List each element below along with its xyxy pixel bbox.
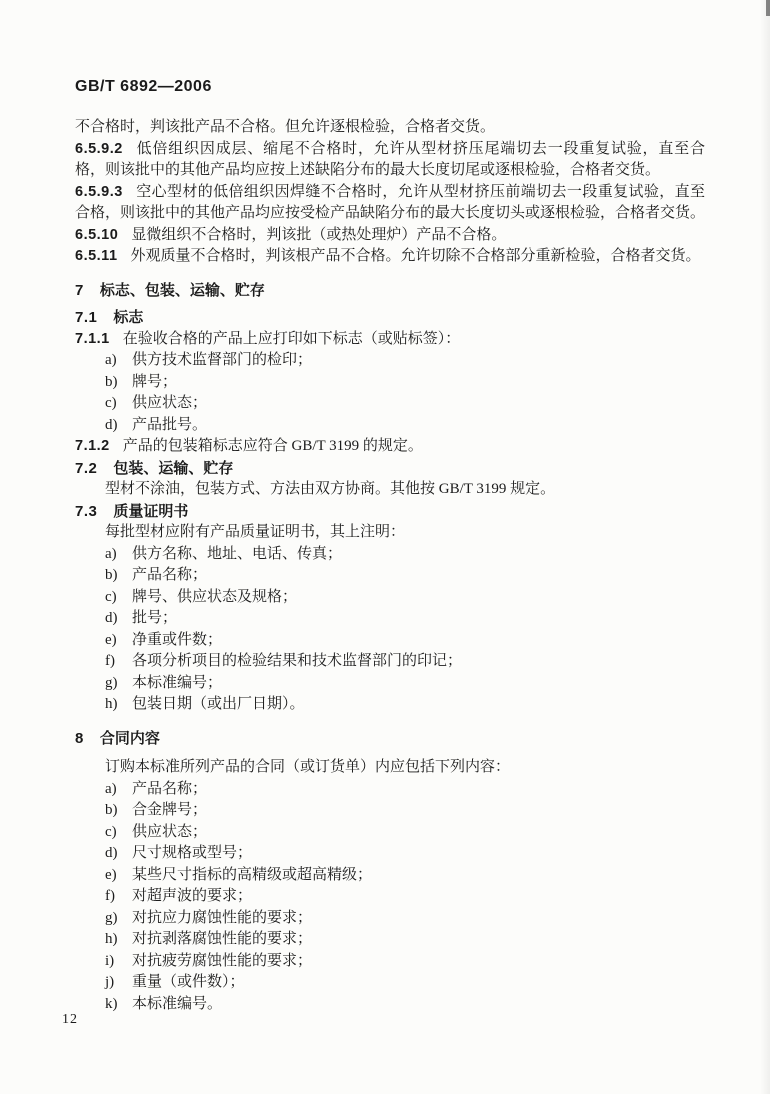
list-item: f)各项分析项目的检验结果和技术监督部门的印记；: [75, 651, 705, 673]
scanned-document-page: GB/T 6892—2006 不合格时，判该批产品不合格。但允许逐根检验，合格者…: [0, 0, 770, 1094]
section-7-3-heading: 7.3质量证明书: [75, 501, 705, 523]
list-item: j)重量（或件数）；: [75, 972, 705, 994]
list-item: c)牌号、供应状态及规格；: [75, 587, 705, 609]
list-item-text: 供应状态；: [132, 822, 207, 844]
list-item: i)对抗疲劳腐蚀性能的要求；: [75, 951, 705, 973]
list-marker: f): [105, 651, 132, 673]
clause-7-1-2: 7.1.2产品的包装箱标志应符合 GB/T 3199 的规定。: [75, 436, 705, 458]
clause-number: 6.5.9.2: [75, 141, 123, 157]
list-marker: d): [105, 843, 132, 865]
list-item-text: 牌号、供应状态及规格；: [132, 587, 297, 609]
list-marker: g): [105, 908, 132, 930]
paragraph-8: 订购本标准所列产品的合同（或订货单）内应包括下列内容：: [75, 757, 705, 779]
section-number: 8: [75, 730, 84, 747]
section-number: 7.1: [75, 309, 97, 326]
list-marker: a): [105, 350, 132, 372]
list-item-text: 某些尺寸指标的高精级或超高精级；: [132, 865, 372, 887]
list-item: c)供应状态；: [75, 822, 705, 844]
list-marker: g): [105, 673, 132, 695]
clause-7-1-1: 7.1.1在验收合格的产品上应打印如下标志（或贴标签）：: [75, 329, 705, 351]
list-item-text: 各项分析项目的检验结果和技术监督部门的印记；: [132, 651, 462, 673]
list-item-text: 产品名称；: [132, 565, 207, 587]
list-item: e)净重或件数；: [75, 630, 705, 652]
list-item: f)对超声波的要求；: [75, 886, 705, 908]
section-7-heading: 7标志、包装、运输、贮存: [75, 280, 705, 302]
clause-6-5-9-2: 6.5.9.2低倍组织因成层、缩尾不合格时，允许从型材挤压尾端切去一段重复试验，…: [75, 139, 705, 182]
list-item: b)合金牌号；: [75, 800, 705, 822]
list-marker: a): [105, 779, 132, 801]
section-number: 7: [75, 282, 84, 299]
clause-6-5-11: 6.5.11外观质量不合格时，判该根产品不合格。允许切除不合格部分重新检验，合格…: [75, 246, 705, 268]
clause-text: 显微组织不合格时，判该批（或热处理炉）产品不合格。: [131, 227, 506, 243]
list-item-text: 供应状态；: [132, 393, 207, 415]
page-number: 12: [62, 1012, 78, 1028]
list-marker: d): [105, 415, 132, 437]
list-item-text: 重量（或件数）；: [132, 972, 245, 994]
list-marker: a): [105, 544, 132, 566]
clause-6-5-10: 6.5.10显微组织不合格时，判该批（或热处理炉）产品不合格。: [75, 225, 705, 247]
list-item: k)本标准编号。: [75, 994, 705, 1016]
list-item: a)供方技术监督部门的检印；: [75, 350, 705, 372]
list-item: h)对抗剥落腐蚀性能的要求；: [75, 929, 705, 951]
clause-number: 7.1.2: [75, 438, 110, 454]
list-marker: f): [105, 886, 132, 908]
list-item-text: 对超声波的要求；: [132, 886, 252, 908]
list-marker: e): [105, 630, 132, 652]
list-item-text: 产品批号。: [132, 415, 207, 437]
list-item: a)供方名称、地址、电话、传真；: [75, 544, 705, 566]
clause-text: 外观质量不合格时，判该根产品不合格。允许切除不合格部分重新检验，合格者交货。: [131, 248, 701, 264]
section-title: 质量证明书: [113, 503, 188, 520]
list-item: g)对抗应力腐蚀性能的要求；: [75, 908, 705, 930]
clause-number: 6.5.9.3: [75, 184, 123, 200]
list-item-text: 本标准编号；: [132, 673, 222, 695]
section-title: 包装、运输、贮存: [113, 460, 233, 477]
section-title: 标志: [113, 309, 143, 326]
clause-text: 在验收合格的产品上应打印如下标志（或贴标签）：: [123, 331, 461, 347]
clause-number: 7.1.1: [75, 331, 110, 347]
clause-6-5-9-3: 6.5.9.3空心型材的低倍组织因焊缝不合格时，允许从型材挤压前端切去一段重复试…: [75, 182, 705, 225]
list-marker: c): [105, 393, 132, 415]
list-item: d)批号；: [75, 608, 705, 630]
list-marker: j): [105, 972, 132, 994]
section-8-heading: 8合同内容: [75, 728, 705, 750]
section-7-2-heading: 7.2包装、运输、贮存: [75, 458, 705, 480]
clause-number: 6.5.10: [75, 227, 118, 243]
list-marker: b): [105, 800, 132, 822]
section-title: 标志、包装、运输、贮存: [100, 282, 265, 299]
list-item: d)尺寸规格或型号；: [75, 843, 705, 865]
list-marker: k): [105, 994, 132, 1016]
list-item: b)牌号；: [75, 372, 705, 394]
list-item-text: 对抗剥落腐蚀性能的要求；: [132, 929, 312, 951]
list-marker: d): [105, 608, 132, 630]
list-item-text: 批号；: [132, 608, 177, 630]
lead-paragraph: 不合格时，判该批产品不合格。但允许逐根检验，合格者交货。: [75, 117, 705, 139]
section-title: 合同内容: [100, 730, 160, 747]
list-item-text: 本标准编号。: [132, 994, 222, 1016]
list-marker: h): [105, 929, 132, 951]
list-item: b)产品名称；: [75, 565, 705, 587]
list-item: d)产品批号。: [75, 415, 705, 437]
clause-text: 低倍组织因成层、缩尾不合格时，允许从型材挤压尾端切去一段重复试验，直至合格，则该…: [75, 141, 705, 179]
list-item-text: 对抗疲劳腐蚀性能的要求；: [132, 951, 312, 973]
list-marker: i): [105, 951, 132, 973]
section-number: 7.2: [75, 460, 97, 477]
clause-text: 空心型材的低倍组织因焊缝不合格时，允许从型材挤压前端切去一段重复试验，直至合格，…: [75, 184, 705, 222]
list-item-text: 牌号；: [132, 372, 177, 394]
list-item: g)本标准编号；: [75, 673, 705, 695]
list-item-text: 对抗应力腐蚀性能的要求；: [132, 908, 312, 930]
list-item-text: 合金牌号；: [132, 800, 207, 822]
doc-code-header: GB/T 6892—2006: [75, 78, 705, 96]
list-item-text: 净重或件数；: [132, 630, 222, 652]
page-content: GB/T 6892—2006 不合格时，判该批产品不合格。但允许逐根检验，合格者…: [75, 78, 705, 1015]
list-item: e)某些尺寸指标的高精级或超高精级；: [75, 865, 705, 887]
list-item: a)产品名称；: [75, 779, 705, 801]
list-item-text: 供方名称、地址、电话、传真；: [132, 544, 342, 566]
list-marker: e): [105, 865, 132, 887]
list-marker: h): [105, 694, 132, 716]
list-item-text: 尺寸规格或型号；: [132, 843, 252, 865]
list-marker: b): [105, 565, 132, 587]
list-marker: c): [105, 822, 132, 844]
list-item-text: 供方技术监督部门的检印；: [132, 350, 312, 372]
clause-text: 产品的包装箱标志应符合 GB/T 3199 的规定。: [123, 438, 423, 454]
paragraph-7-2: 型材不涂油，包装方式、方法由双方协商。其他按 GB/T 3199 规定。: [75, 479, 705, 501]
section-number: 7.3: [75, 503, 97, 520]
list-item: h)包装日期（或出厂日期）。: [75, 694, 705, 716]
scan-artifact: [766, 0, 770, 16]
list-item-text: 产品名称；: [132, 779, 207, 801]
list-item: c)供应状态；: [75, 393, 705, 415]
list-marker: c): [105, 587, 132, 609]
list-marker: b): [105, 372, 132, 394]
paragraph-7-3: 每批型材应附有产品质量证明书，其上注明：: [75, 522, 705, 544]
list-item-text: 包装日期（或出厂日期）。: [132, 694, 305, 716]
clause-number: 6.5.11: [75, 248, 118, 264]
section-7-1-heading: 7.1标志: [75, 307, 705, 329]
